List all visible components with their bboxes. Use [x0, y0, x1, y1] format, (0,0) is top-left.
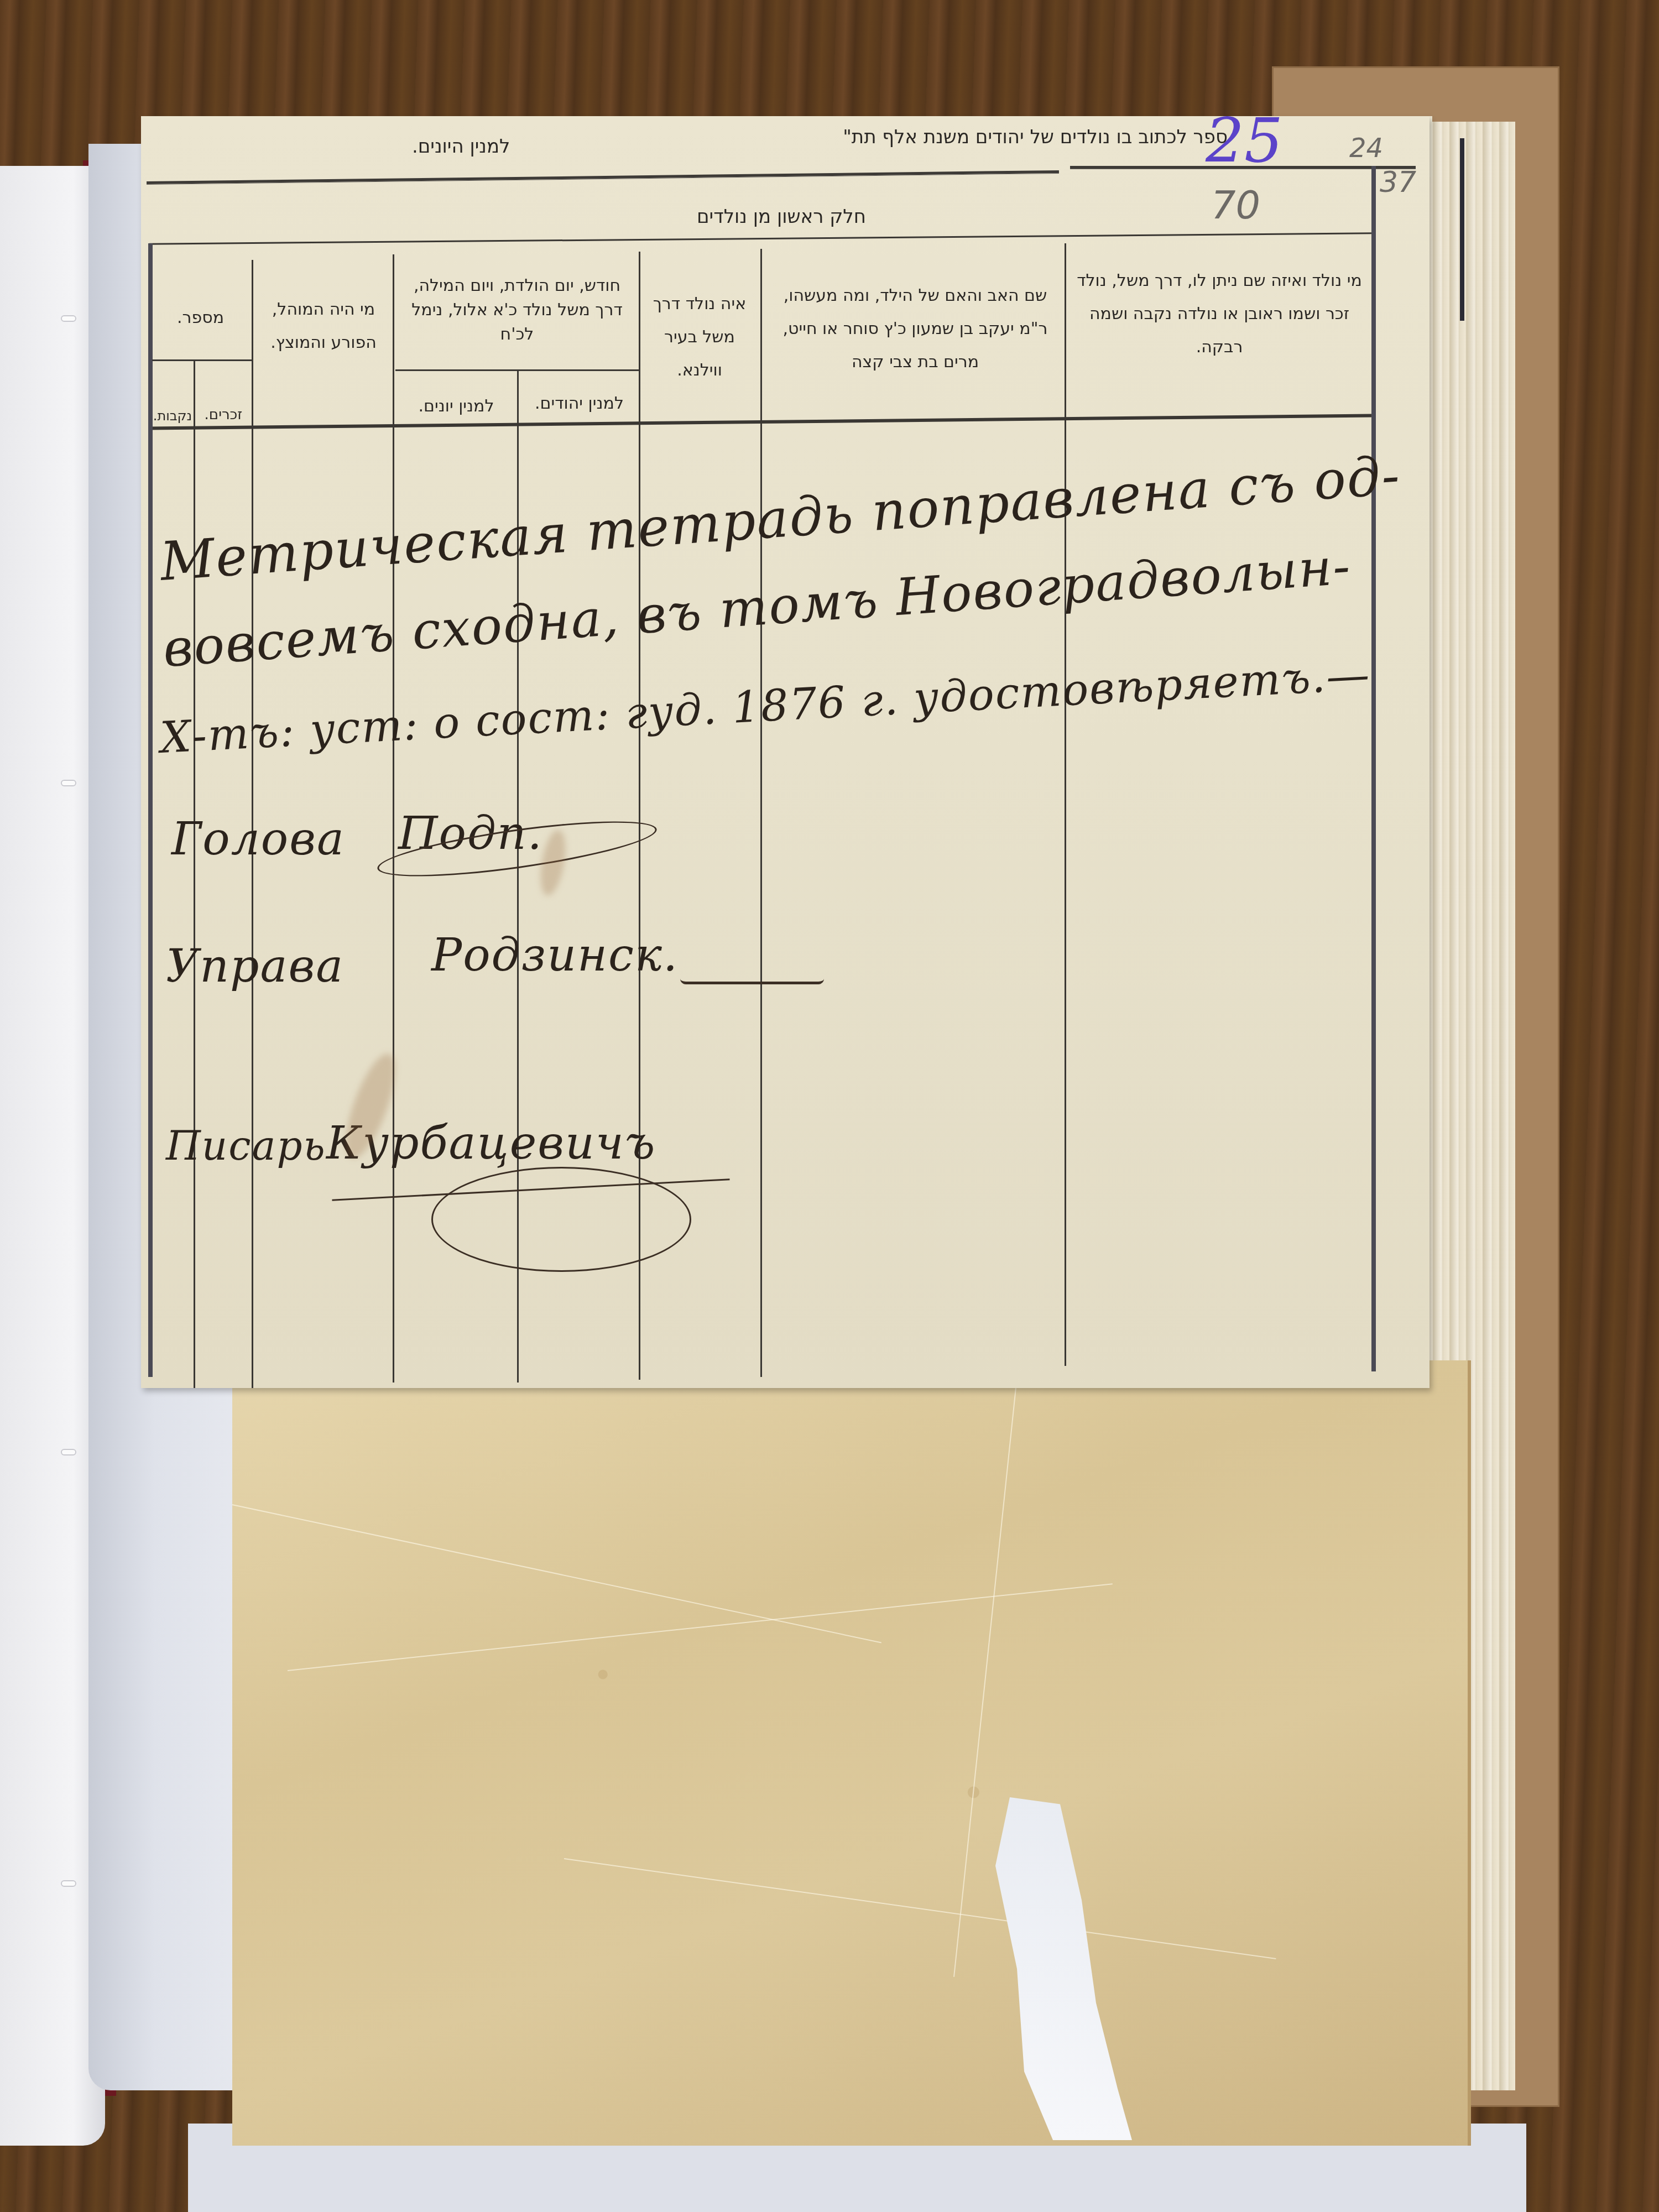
subheader-females: נקבות. [150, 399, 195, 432]
subheader-rule [152, 359, 252, 361]
paper-crease [564, 1858, 1276, 1959]
aged-backing-sheet [232, 1360, 1471, 2146]
column-header-dates: חודש, יום הולדת, ויום המילה, דרך משל נול… [398, 274, 636, 347]
paper-crease [232, 1504, 881, 1643]
column-divider [194, 359, 195, 1388]
paper-crease [288, 1583, 1113, 1671]
binding-stitch [61, 1880, 76, 1887]
folio-number: 70 [1211, 182, 1260, 228]
column-divider [760, 249, 762, 1377]
column-divider [393, 254, 394, 1383]
subheader-rule [395, 369, 639, 371]
signature-board: Родзинск. [431, 929, 679, 982]
binding-stitch [61, 315, 76, 322]
page-stack-shadow [1460, 138, 1464, 321]
column-header-mohel: מי היה המוהל, הפורע והמוצץ. [257, 293, 390, 359]
subheader-males: זכרים. [196, 398, 251, 431]
table-right-border [1371, 166, 1376, 1371]
calendar-note: למנין היונים. [412, 135, 510, 158]
column-header-number: מספר. [152, 301, 249, 335]
part-title: חלק ראשון מן נולדים [697, 206, 866, 228]
blue-page-number: 25 [1206, 105, 1283, 176]
binding-stitch [61, 1449, 76, 1455]
subheader-julian-calendar: למנין יונים. [398, 390, 514, 423]
book-title: ספר לכתוב בו נולדים של יהודים משנת אלף ת… [843, 126, 1228, 148]
signature-role-board: Управа [166, 940, 344, 993]
column-header-child: מי נולד ואיזה שם ניתן לו, דרך משל, נולד … [1076, 264, 1363, 364]
column-header-place: איה נולד דרך משל בעיר ווילנא. [644, 288, 755, 387]
header-rule [1070, 166, 1416, 169]
column-divider [1065, 243, 1066, 1366]
signature-role-head: Голова [171, 813, 345, 865]
subheader-jewish-calendar: למנין יהודים. [523, 387, 636, 420]
next-sheet-number: 37 [1380, 166, 1416, 199]
signature-underline [680, 962, 824, 984]
column-header-parents: שם האב והאם של הילד, ומה מעשהו, ר"מ יעקב… [771, 279, 1059, 379]
pencil-page-number: 24 [1349, 133, 1383, 164]
signature-role-clerk: Писарь [166, 1123, 326, 1169]
binding-stitch [61, 780, 76, 786]
